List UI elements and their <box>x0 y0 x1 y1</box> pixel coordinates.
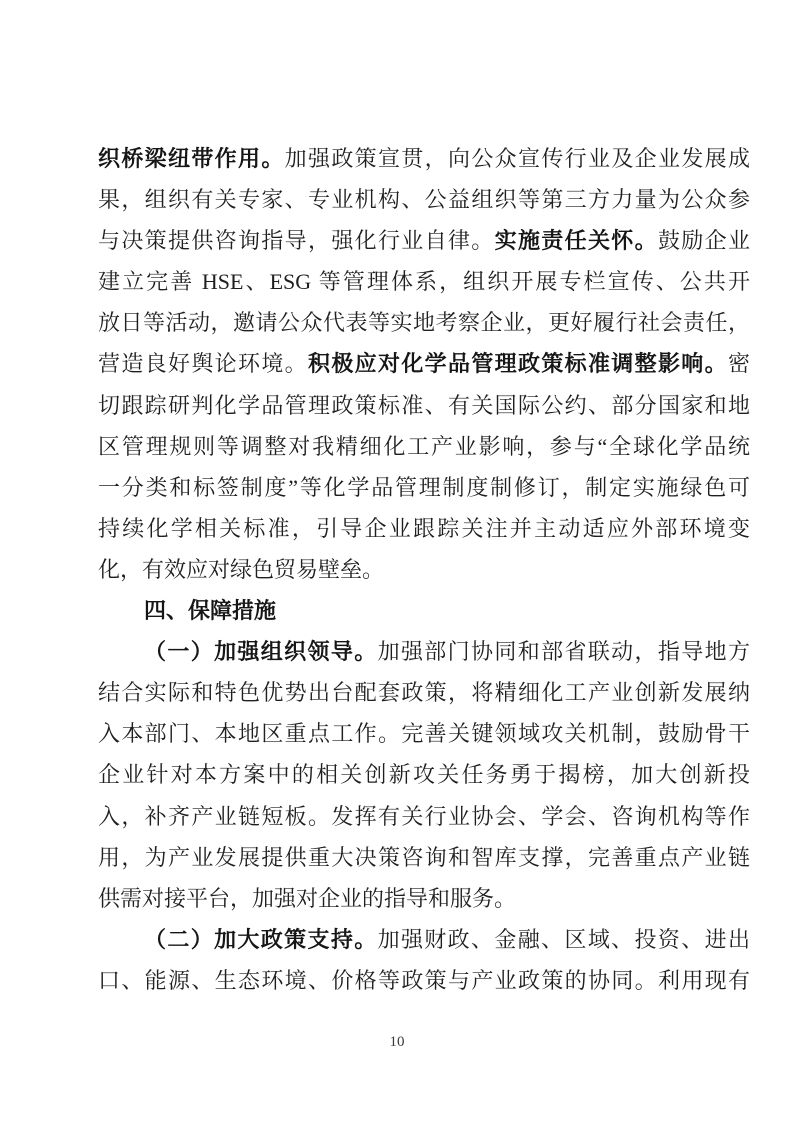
document-page: 织桥梁纽带作用。加强政策宣贯，向公众宣传行业及企业发展成果，组织有关专家、专业机… <box>0 0 794 1123</box>
text-line: 区管理规则等调整对我精细化工产业影响，参与“全球化学品统 <box>98 426 750 467</box>
text-segment: 供需对接平台，加强对企业的指导和服务。 <box>98 886 516 911</box>
text-line: 结合实际和特色优势出台配套政策，将精细化工产业创新发展纳 <box>98 672 750 713</box>
text-segment: 入本部门、本地区重点工作。完善关键领域攻关机制，鼓励骨干 <box>98 721 750 746</box>
text-line: 建立完善 HSE、ESG 等管理体系，组织开展专栏宣传、公共开 <box>98 261 750 302</box>
text-line: 入，补齐产业链短板。发挥有关行业协会、学会、咨询机构等作 <box>98 796 750 837</box>
text-line: 持续化学相关标准，引导企业跟踪关注并主动适应外部环境变 <box>98 508 750 549</box>
text-segment: 化，有效应对绿色贸易壁垒。 <box>98 557 384 582</box>
text-segment: 用，为产业发展提供重大决策咨询和智库支撑，完善重点产业链 <box>98 845 750 870</box>
text-segment: 口、能源、生态环境、价格等政策与产业政策的协同。利用现有 <box>98 968 750 993</box>
text-line: （二）加大政策支持。加强财政、金融、区域、投资、进出 <box>98 919 750 960</box>
text-line: 企业针对本方案中的相关创新攻关任务勇于揭榜，加大创新投 <box>98 754 750 795</box>
text-line: 织桥梁纽带作用。加强政策宣贯，向公众宣传行业及企业发展成 <box>98 138 750 179</box>
bold-text-segment: （二）加大政策支持。 <box>144 927 378 952</box>
text-segment: 果，组织有关专家、专业机构、公益组织等第三方力量为公众参 <box>98 187 750 212</box>
text-line: 四、保障措施 <box>98 590 750 631</box>
text-line: 入本部门、本地区重点工作。完善关键领域攻关机制，鼓励骨干 <box>98 713 750 754</box>
text-line: 口、能源、生态环境、价格等政策与产业政策的协同。利用现有 <box>98 960 750 1001</box>
text-segment: 建立完善 HSE、ESG 等管理体系，组织开展专栏宣传、公共开 <box>98 269 750 294</box>
text-line: 与决策提供咨询指导，强化行业自律。实施责任关怀。鼓励企业 <box>98 220 750 261</box>
bold-text-segment: 四、保障措施 <box>144 598 276 623</box>
bold-text-segment: （一）加强组织领导。 <box>144 639 378 664</box>
text-segment: 放日等活动，邀请公众代表等实地考察企业，更好履行社会责任， <box>98 310 750 335</box>
text-segment: 与决策提供咨询指导，强化行业自律。 <box>98 228 495 253</box>
text-line: 果，组织有关专家、专业机构、公益组织等第三方力量为公众参 <box>98 179 750 220</box>
text-segment: 企业针对本方案中的相关创新攻关任务勇于揭榜，加大创新投 <box>98 762 750 787</box>
text-line: 切跟踪研判化学品管理政策标准、有关国际公约、部分国家和地 <box>98 385 750 426</box>
page-number: 10 <box>0 1034 794 1051</box>
text-segment: 持续化学相关标准，引导企业跟踪关注并主动适应外部环境变 <box>98 516 750 541</box>
text-line: 供需对接平台，加强对企业的指导和服务。 <box>98 878 750 919</box>
text-segment: 结合实际和特色优势出台配套政策，将精细化工产业创新发展纳 <box>98 680 750 705</box>
bold-text-segment: 织桥梁纽带作用。 <box>98 146 285 171</box>
text-line: 放日等活动，邀请公众代表等实地考察企业，更好履行社会责任， <box>98 302 750 343</box>
text-line: 化，有效应对绿色贸易壁垒。 <box>98 549 750 590</box>
text-segment: 鼓励企业 <box>658 228 750 253</box>
text-line: （一）加强组织领导。加强部门协同和部省联动，指导地方 <box>98 631 750 672</box>
text-line: 一分类和标签制度”等化学品管理制度制修订，制定实施绿色可 <box>98 467 750 508</box>
text-segment: 区管理规则等调整对我精细化工产业影响，参与“全球化学品统 <box>98 434 750 459</box>
document-body-text: 织桥梁纽带作用。加强政策宣贯，向公众宣传行业及企业发展成果，组织有关专家、专业机… <box>98 138 750 1001</box>
text-segment: 加强部门协同和部省联动，指导地方 <box>378 639 750 664</box>
bold-text-segment: 实施责任关怀。 <box>495 228 658 253</box>
bold-text-segment: 积极应对化学品管理政策标准调整影响。 <box>308 351 728 376</box>
text-segment: 加强政策宣贯，向公众宣传行业及企业发展成 <box>285 146 750 171</box>
text-line: 营造良好舆论环境。积极应对化学品管理政策标准调整影响。密 <box>98 343 750 384</box>
text-segment: 入，补齐产业链短板。发挥有关行业协会、学会、咨询机构等作 <box>98 804 750 829</box>
text-segment: 切跟踪研判化学品管理政策标准、有关国际公约、部分国家和地 <box>98 393 750 418</box>
text-segment: 一分类和标签制度”等化学品管理制度制修订，制定实施绿色可 <box>98 475 750 500</box>
text-segment: 加强财政、金融、区域、投资、进出 <box>378 927 750 952</box>
text-segment: 密 <box>728 351 750 376</box>
text-line: 用，为产业发展提供重大决策咨询和智库支撑，完善重点产业链 <box>98 837 750 878</box>
text-segment: 营造良好舆论环境。 <box>98 351 308 376</box>
